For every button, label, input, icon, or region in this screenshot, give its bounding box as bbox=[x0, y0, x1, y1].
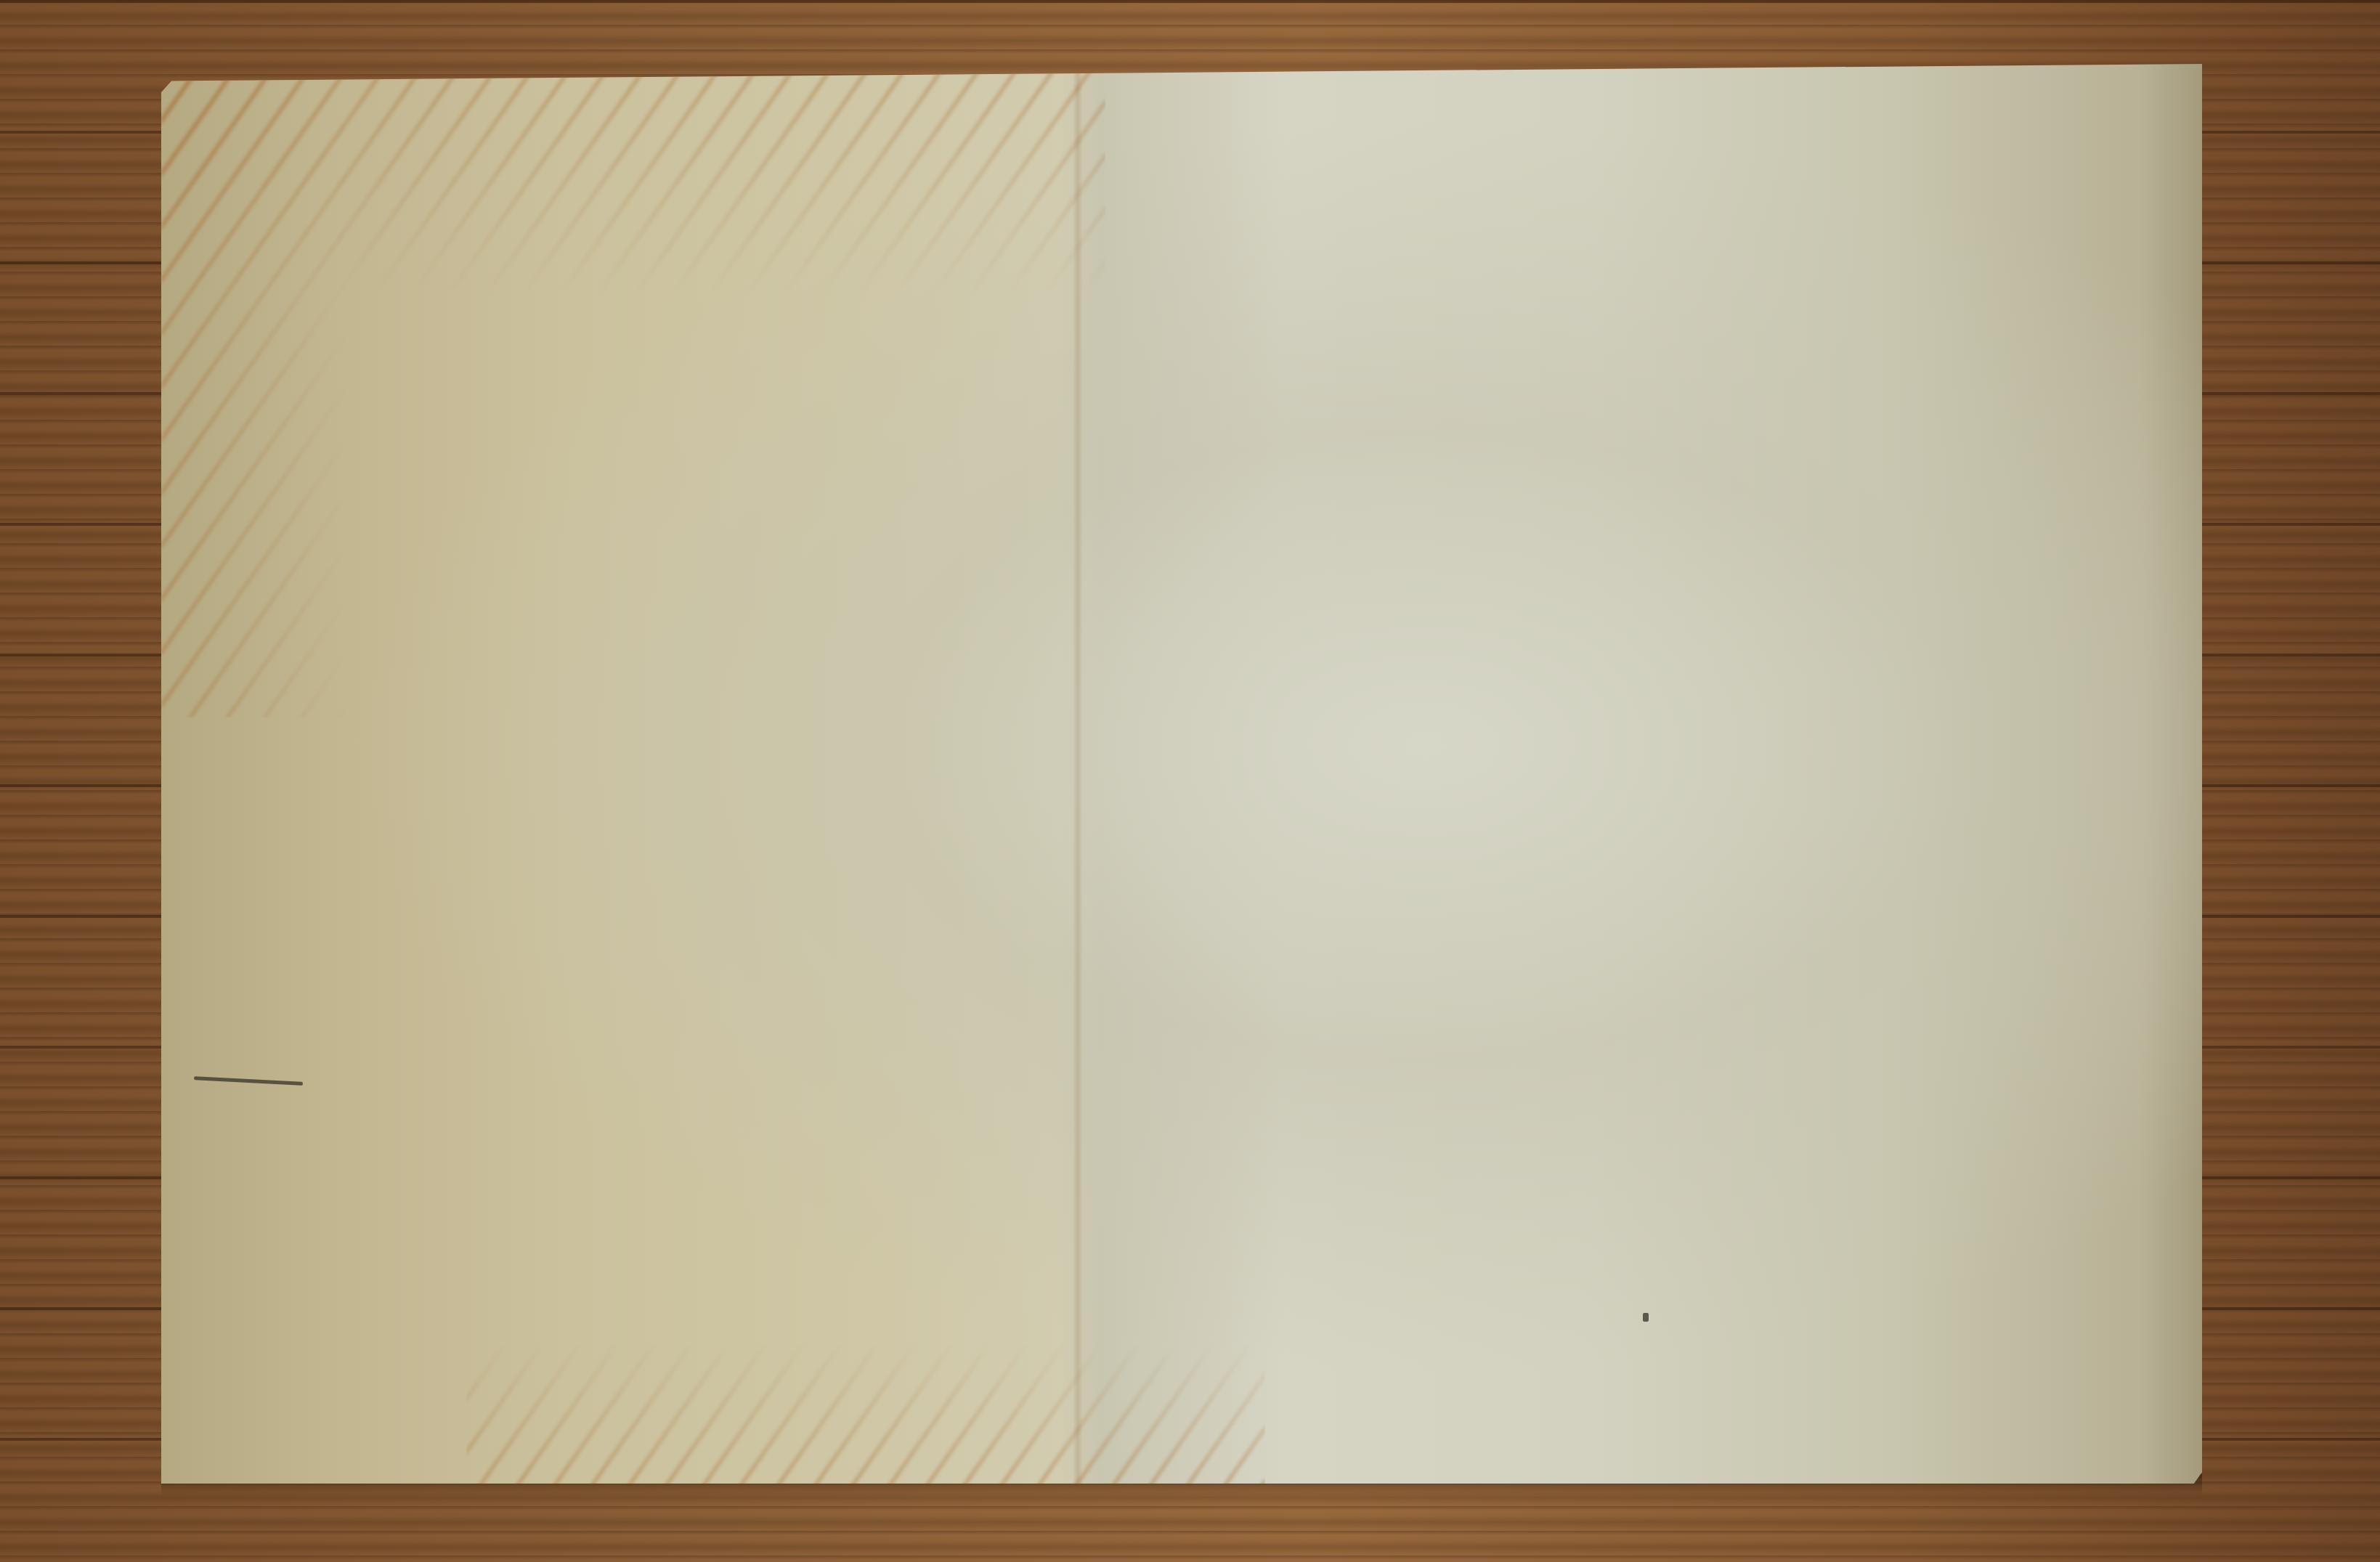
speck bbox=[1643, 1313, 1649, 1322]
rust-stain-left bbox=[161, 64, 350, 717]
rust-stain-top bbox=[161, 64, 1105, 296]
pencil-mark bbox=[194, 1076, 303, 1086]
paper-fold-line bbox=[1073, 64, 1083, 1484]
rust-stain-bottom bbox=[466, 1342, 1265, 1487]
aged-paper-sheet bbox=[161, 64, 2202, 1484]
